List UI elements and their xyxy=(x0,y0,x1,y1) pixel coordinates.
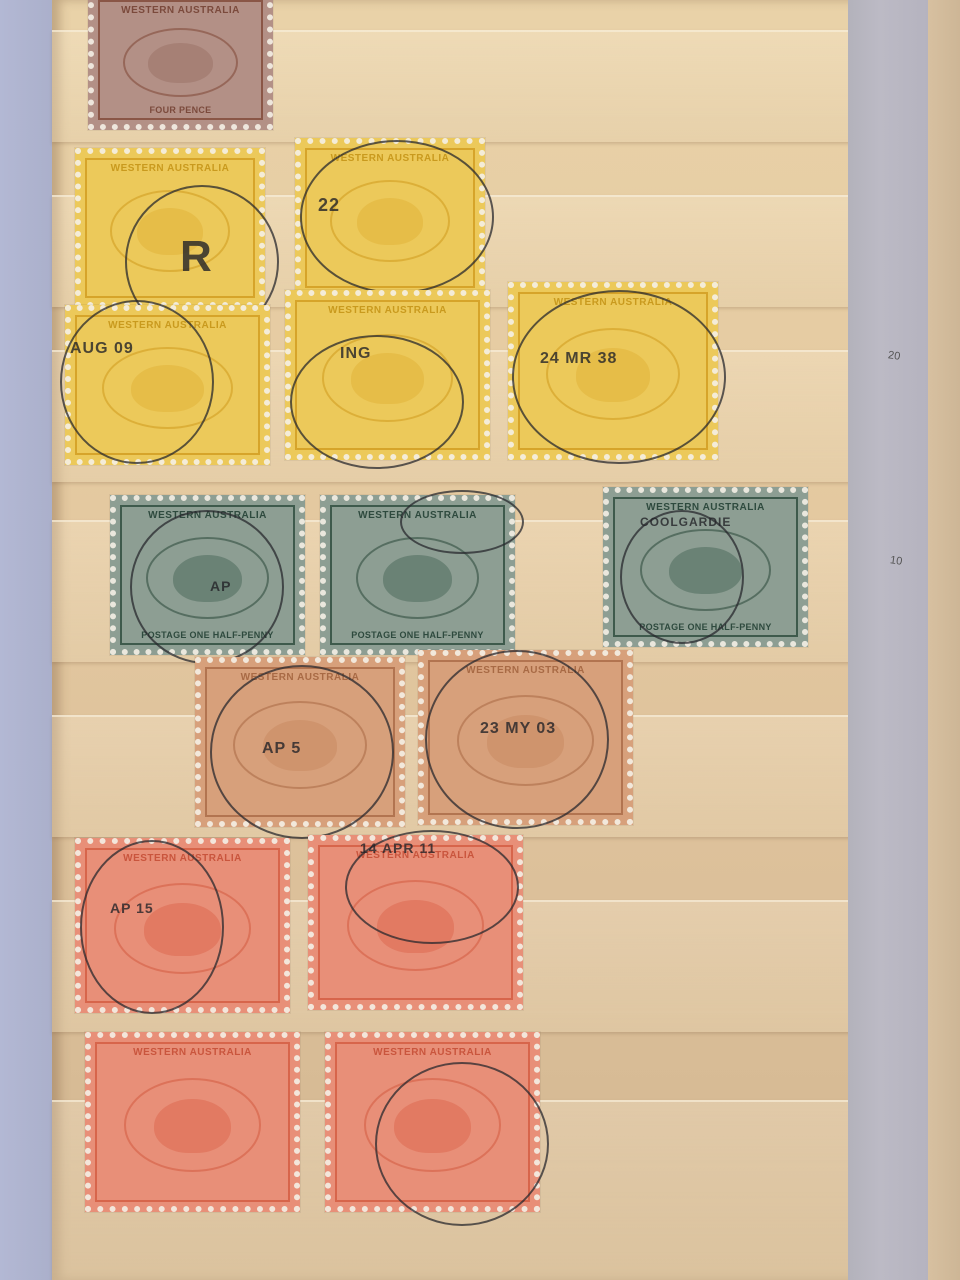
swan-icon xyxy=(137,208,203,256)
stamp-top-text: WESTERN AUSTRALIA xyxy=(324,850,507,861)
stamp-value-text: FOUR PENCE xyxy=(104,105,257,115)
stamp-frame: WESTERN AUSTRALIA xyxy=(205,667,395,817)
stamp-frame: WESTERN AUSTRALIA POSTAGE ONE HALF-PENNY xyxy=(120,505,295,645)
stamp-green-2: WESTERN AUSTRALIA POSTAGE ONE HALF-PENNY xyxy=(320,495,515,655)
swan-icon xyxy=(394,1099,470,1154)
swan-icon xyxy=(131,365,203,413)
stamp-frame: WESTERN AUSTRALIA FOUR PENCE xyxy=(98,0,263,120)
stamp-top-text: WESTERN AUSTRALIA xyxy=(301,305,474,316)
swan-icon xyxy=(173,555,241,603)
stamp-frame: WESTERN AUSTRALIA xyxy=(518,292,708,450)
stamp-frame: WESTERN AUSTRALIA xyxy=(428,660,623,815)
stamp-top-text: WESTERN AUSTRALIA xyxy=(104,5,257,16)
stamp-top-text: WESTERN AUSTRALIA xyxy=(619,502,792,513)
stamp-yellow-1: WESTERN AUSTRALIA xyxy=(75,148,265,308)
stamp-top-text: WESTERN AUSTRALIA xyxy=(101,1047,284,1058)
stamp-red-3: WESTERN AUSTRALIA xyxy=(85,1032,300,1212)
swan-icon xyxy=(357,198,423,246)
stamp-brown-1: WESTERN AUSTRALIA xyxy=(195,657,405,827)
next-page-edge xyxy=(928,0,960,1280)
pencil-note: 10 xyxy=(889,554,903,568)
stamp-brown-2: WESTERN AUSTRALIA xyxy=(418,650,633,825)
swan-icon xyxy=(377,900,453,953)
stamp-yellow-2: WESTERN AUSTRALIA xyxy=(295,138,485,298)
stamp-yellow-4: WESTERN AUSTRALIA xyxy=(285,290,490,460)
stamp-value-text: POSTAGE ONE HALF-PENNY xyxy=(336,630,499,640)
stamp-frame: WESTERN AUSTRALIA POSTAGE ONE HALF-PENNY xyxy=(613,497,798,637)
stamp-yellow-3: WESTERN AUSTRALIA xyxy=(65,305,270,465)
stamp-top-text: WESTERN AUSTRALIA xyxy=(524,297,702,308)
swan-icon xyxy=(263,720,337,771)
stamp-value-text: POSTAGE ONE HALF-PENNY xyxy=(619,622,792,632)
stamp-frame: WESTERN AUSTRALIA xyxy=(95,1042,290,1202)
swan-icon xyxy=(487,715,563,768)
swan-icon xyxy=(576,348,650,402)
stamp-frame: WESTERN AUSTRALIA xyxy=(318,845,513,1000)
swan-icon xyxy=(144,903,220,956)
stamp-top-text: WESTERN AUSTRALIA xyxy=(91,163,249,174)
stamp-top-text: WESTERN AUSTRALIA xyxy=(91,853,274,864)
stamp-top-text: WESTERN AUSTRALIA xyxy=(126,510,289,521)
swan-icon xyxy=(351,353,423,404)
stockbook-hinge xyxy=(848,0,928,1280)
stamp-green-3: WESTERN AUSTRALIA POSTAGE ONE HALF-PENNY xyxy=(603,487,808,647)
stamp-frame: WESTERN AUSTRALIA xyxy=(335,1042,530,1202)
stamp-yellow-5: WESTERN AUSTRALIA xyxy=(508,282,718,460)
stamp-top-text: WESTERN AUSTRALIA xyxy=(211,672,389,683)
swan-icon xyxy=(148,43,212,84)
stamp-green-1: WESTERN AUSTRALIA POSTAGE ONE HALF-PENNY xyxy=(110,495,305,655)
swan-icon xyxy=(669,547,741,595)
stamp-top-text: WESTERN AUSTRALIA xyxy=(81,320,254,331)
stamp-top-text: WESTERN AUSTRALIA xyxy=(311,153,469,164)
stamp-red-4: WESTERN AUSTRALIA xyxy=(325,1032,540,1212)
stamp-top-text: WESTERN AUSTRALIA xyxy=(434,665,617,676)
stamp-frame: WESTERN AUSTRALIA xyxy=(85,158,255,298)
stamp-four-pence: WESTERN AUSTRALIA FOUR PENCE xyxy=(88,0,273,130)
stamp-value-text: POSTAGE ONE HALF-PENNY xyxy=(126,630,289,640)
swan-icon xyxy=(383,555,451,603)
stamp-top-text: WESTERN AUSTRALIA xyxy=(336,510,499,521)
stamp-red-1: WESTERN AUSTRALIA xyxy=(75,838,290,1013)
stamp-frame: WESTERN AUSTRALIA xyxy=(305,148,475,288)
stamp-red-2: WESTERN AUSTRALIA xyxy=(308,835,523,1010)
stamp-frame: WESTERN AUSTRALIA xyxy=(75,315,260,455)
stamp-frame: WESTERN AUSTRALIA POSTAGE ONE HALF-PENNY xyxy=(330,505,505,645)
stamp-top-text: WESTERN AUSTRALIA xyxy=(341,1047,524,1058)
stamp-frame: WESTERN AUSTRALIA xyxy=(85,848,280,1003)
pencil-note: 20 xyxy=(887,349,901,363)
swan-icon xyxy=(154,1099,230,1154)
stamp-frame: WESTERN AUSTRALIA xyxy=(295,300,480,450)
